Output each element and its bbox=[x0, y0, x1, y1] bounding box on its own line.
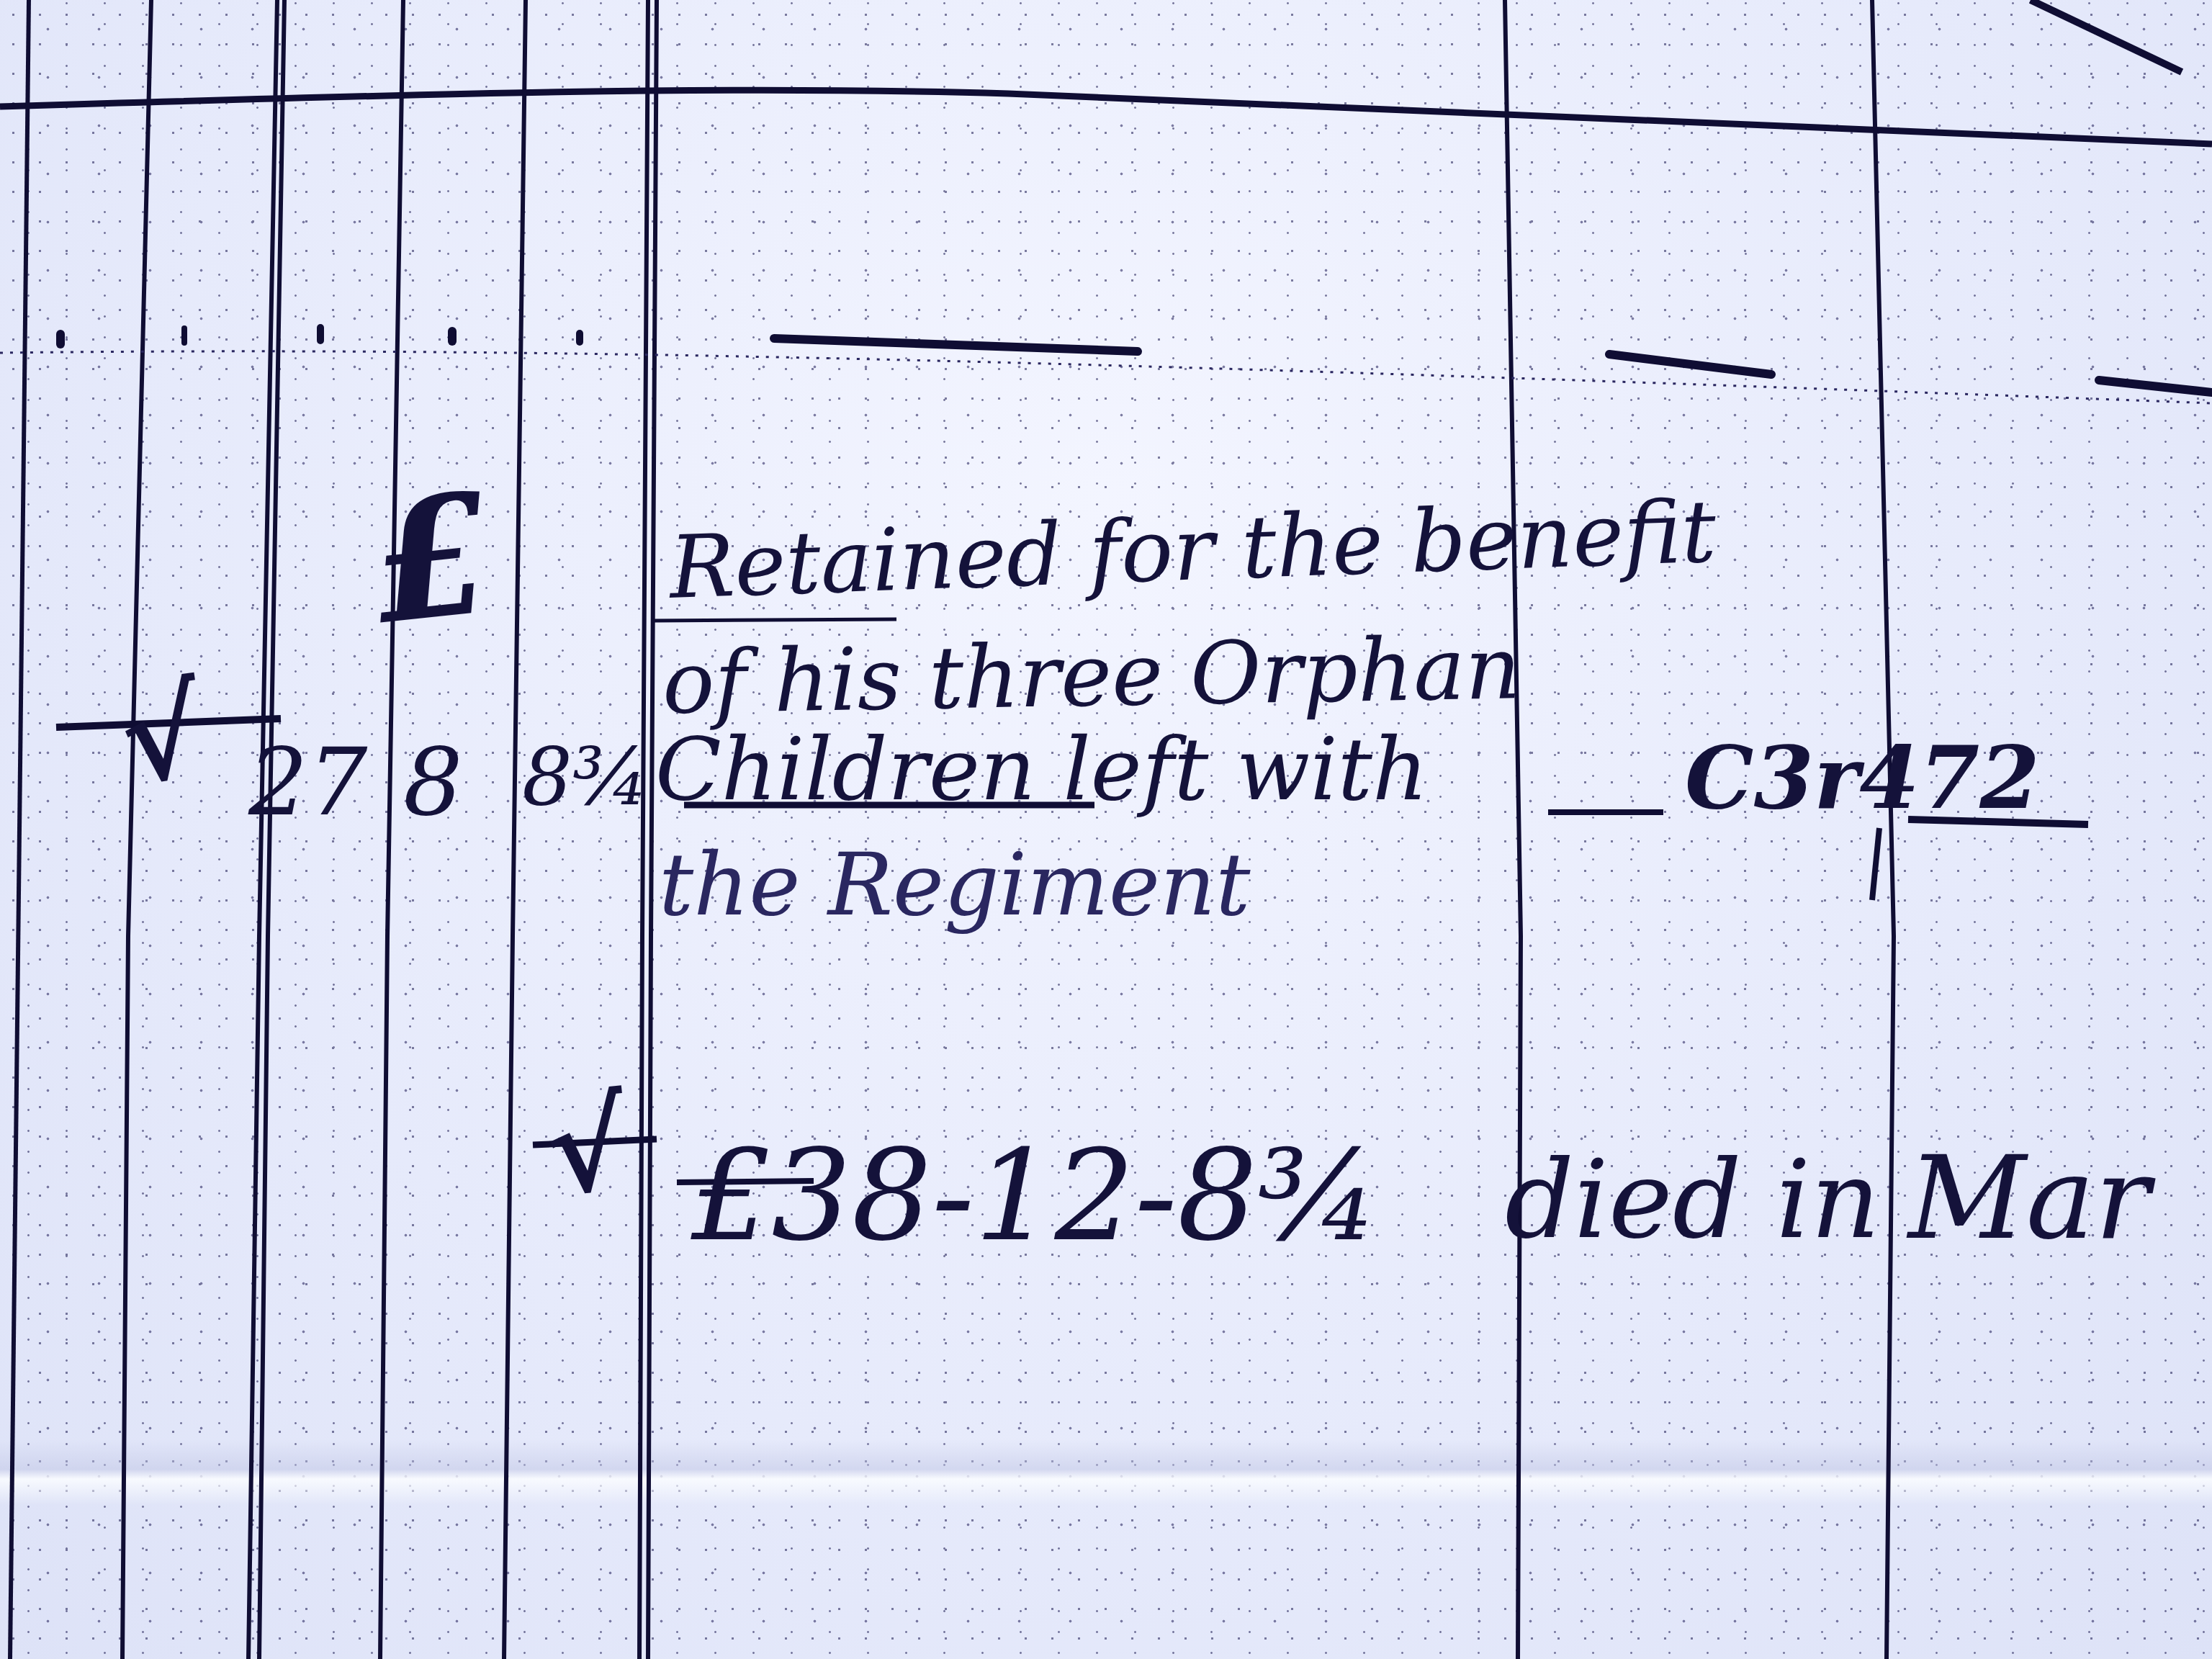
total-amount: £38-12-8¾ bbox=[691, 1123, 1380, 1269]
ledger-page: √ £ 27 8 8¾ Retained for the benefit of … bbox=[0, 0, 2212, 1659]
month-continued: Mar bbox=[1908, 1130, 2150, 1265]
reference-number: C3r472 bbox=[1685, 727, 2040, 829]
pence-value: 8¾ bbox=[522, 731, 649, 823]
pound-mark-entry-1: £ bbox=[364, 457, 499, 662]
remark-line-2: of his three Orphan bbox=[662, 619, 1521, 734]
shillings-value: 8 bbox=[403, 727, 463, 837]
pounds-value: 27 bbox=[248, 727, 367, 837]
remark-line-3: Children left with bbox=[655, 720, 1428, 820]
died-note: died in bbox=[1505, 1138, 1880, 1263]
remark-line-4: the Regiment bbox=[659, 835, 1251, 935]
check-mark-entry-2: √ bbox=[540, 1072, 635, 1224]
